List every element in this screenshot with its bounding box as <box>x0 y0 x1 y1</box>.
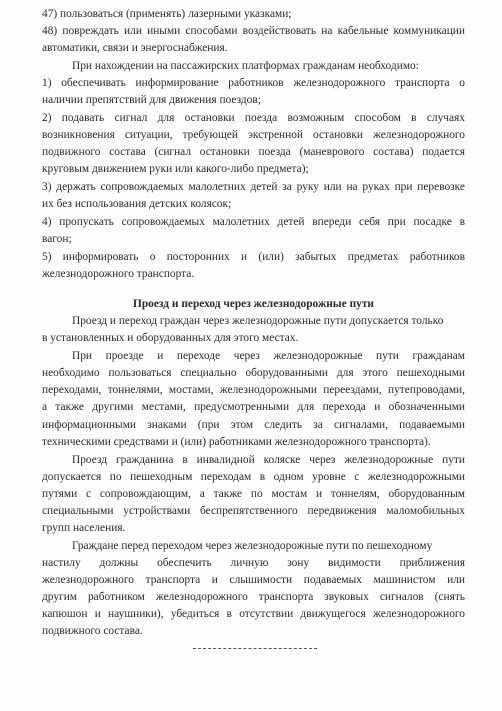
list-item-48-cont: автоматики, связи и энергоснабжения. <box>42 40 465 57</box>
crossing-para-3: Проезд гражданина в инвалидной коляске ч… <box>72 452 465 469</box>
crossing-para-1: Проезд и переход граждан через железнодо… <box>72 313 465 330</box>
end-separator-line <box>193 648 317 649</box>
crossing-para-3-cont-4: групп населения. <box>42 520 465 537</box>
crossing-para-4: Граждане перед переходом через железнодо… <box>72 538 465 555</box>
scanned-document-page: 47) пользоваться (применять) лазерными у… <box>0 0 502 711</box>
crossing-para-3-cont-1: допускается по пешеходным переходам в од… <box>42 469 465 486</box>
platform-rule-2: 2) подавать сигнал для остановки поезда … <box>42 110 465 127</box>
crossing-para-1-cont: в установленных и оборудованных для этог… <box>42 330 465 347</box>
crossing-para-4-cont-5: подвижного состава. <box>42 623 465 640</box>
platform-rule-5-cont: железнодорожного транспорта. <box>42 266 465 283</box>
platform-rule-2-cont-2: подвижного состава (сигнал остановки пое… <box>42 144 465 161</box>
platform-rule-4-cont: вагон; <box>42 231 465 248</box>
list-item-48: 48) повреждать или иными способами возде… <box>42 23 465 40</box>
platform-rule-1: 1) обеспечивать информирование работнико… <box>42 75 465 92</box>
platform-rule-5: 5) информировать о посторонних и (или) з… <box>42 249 465 266</box>
platform-rule-2-cont-1: возникновения ситуации, требующей экстре… <box>42 127 465 144</box>
crossing-para-4-cont-4: капюшон и наушники), убедиться в отсутст… <box>42 606 465 623</box>
crossing-para-2-cont-3: а также другими местами, предусмотренным… <box>42 399 465 416</box>
platform-rules-intro: При нахождении на пассажирских платформа… <box>72 58 465 75</box>
crossing-para-2-cont-5: техническими средствами и (или) работник… <box>42 434 465 451</box>
crossing-para-3-cont-3: специальными устройствами беспрепятствен… <box>42 503 465 520</box>
crossing-para-3-cont-2: путями с сопровождающим, а также по мост… <box>42 486 465 503</box>
crossing-para-2-cont-2: переходами, тоннелями, мостами, железнод… <box>42 382 465 399</box>
platform-rule-3-cont: их без использования детских колясок; <box>42 196 465 213</box>
crossing-para-4-cont-1: настилу должны обеспечить личную зону ви… <box>42 555 465 572</box>
platform-rule-2-cont-3: круговым движением руки или какого-либо … <box>42 161 465 178</box>
crossing-para-2: При проезде и переходе через железнодоро… <box>72 348 465 365</box>
platform-rule-3: 3) держать сопровождаемых малолетних дет… <box>42 179 465 196</box>
crossing-para-4-cont-2: железнодорожного транспорта и слышимости… <box>42 572 465 589</box>
list-item-47: 47) пользоваться (применять) лазерными у… <box>42 6 465 23</box>
platform-rule-4: 4) пропускать сопровождаемых малолетних … <box>42 214 465 231</box>
crossing-para-2-cont-4: информационными знаками (при этом следит… <box>42 417 465 434</box>
platform-rule-1-cont: наличии препятствий для движения поездов… <box>42 92 465 109</box>
crossing-para-2-cont-1: необходимо пользоваться специально обору… <box>42 365 465 382</box>
section-heading: Проезд и переход через железнодорожные п… <box>42 296 465 313</box>
crossing-para-4-cont-3: другим работником железнодорожного транс… <box>42 589 465 606</box>
